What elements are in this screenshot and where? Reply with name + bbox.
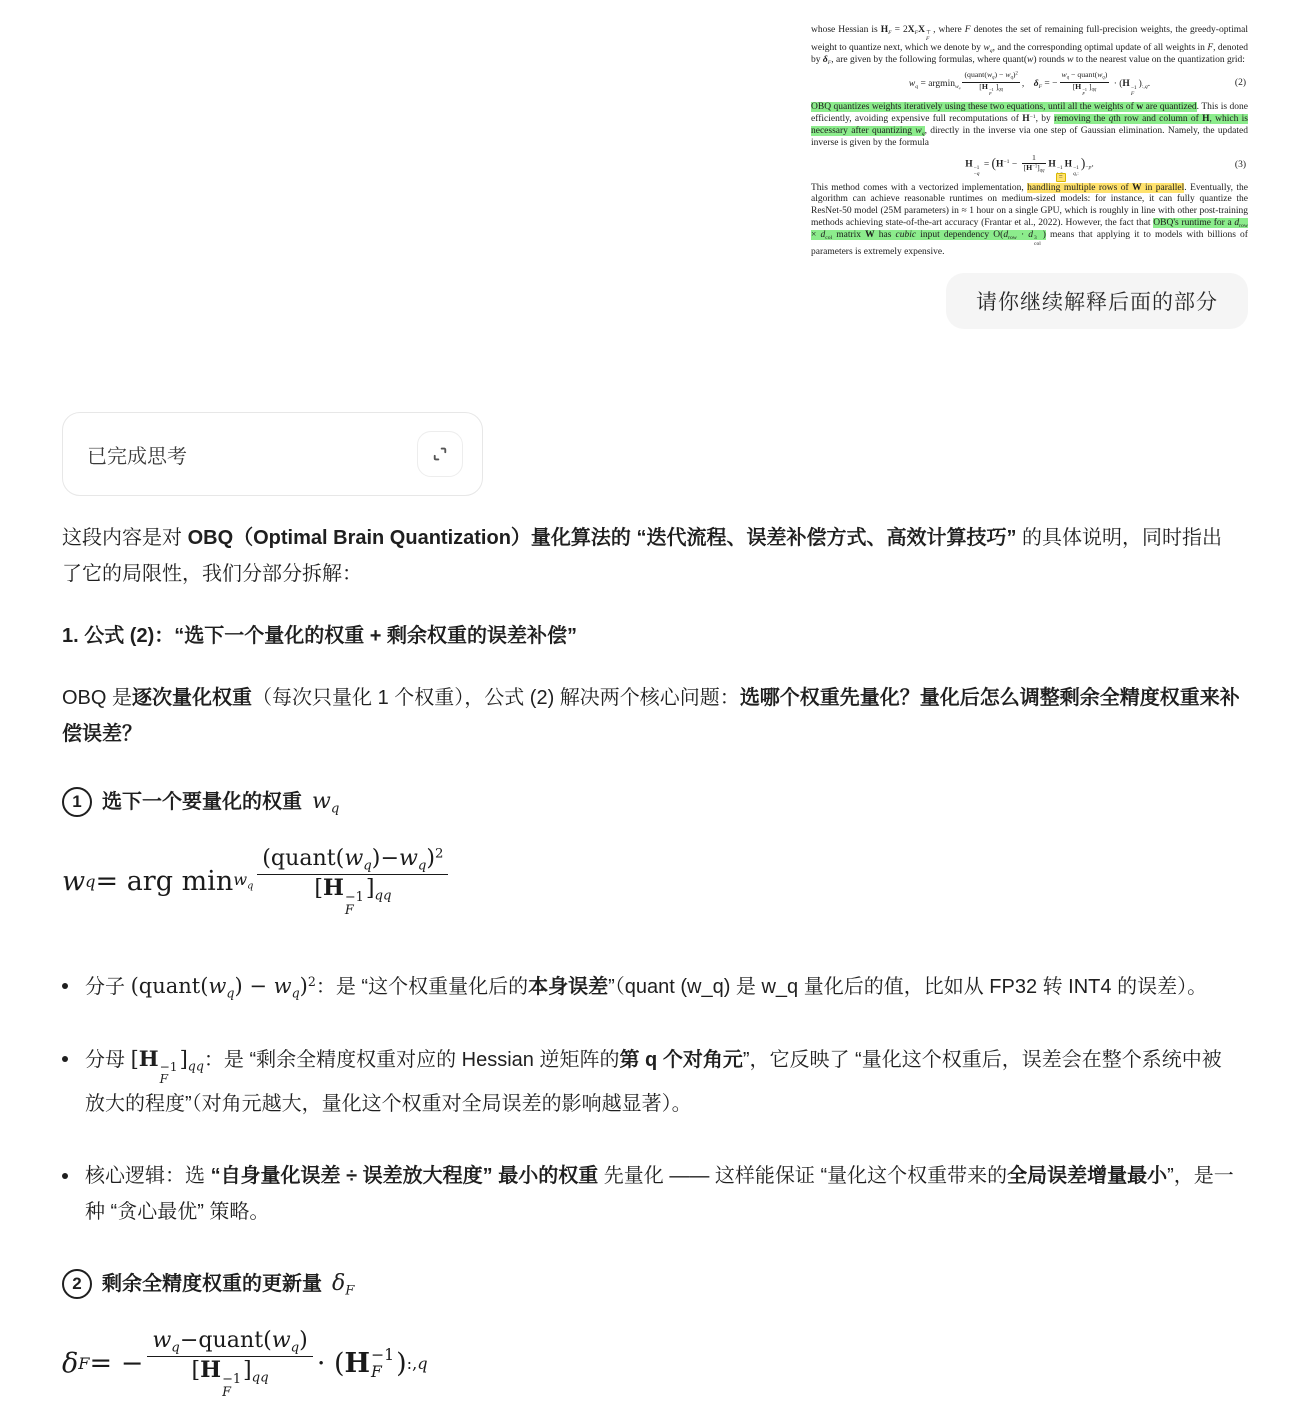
equation-number: (3) bbox=[1235, 160, 1246, 172]
paper-equation-3-body: H−1−q = (H−1 − 1[H−1]qqH−1:,qH−1q,:)−p. bbox=[965, 154, 1094, 177]
paper-paragraph-3: This method comes with a vectorized impl… bbox=[811, 183, 1248, 260]
bullet-list: 分子 (quant(wq) − wq)2：是 “这个权重量化后的本身误差”（qu… bbox=[62, 968, 1240, 1231]
subsection-1-math: wq bbox=[312, 784, 339, 820]
bullet-dot-icon bbox=[62, 1173, 68, 1179]
subsection-heading-1: 1 选下一个要量化的权重 wq bbox=[62, 784, 1240, 820]
paragraph-obq: OBQ 是逐次量化权重（每次只量化 1 个权重），公式 (2) 解决两个核心问题… bbox=[62, 680, 1240, 752]
user-turn: whose Hessian is HF = 2XFX⊤F, where F de… bbox=[0, 0, 1300, 329]
subsection-2-math: δF bbox=[332, 1266, 354, 1302]
user-message-bubble: 请你继续解释后面的部分 bbox=[946, 273, 1248, 329]
bullet-text: 核心逻辑：选 “自身量化误差 ÷ 误差放大程度” 最小的权重 先量化 —— 这样… bbox=[85, 1158, 1240, 1230]
thinking-panel[interactable]: 已完成思考 bbox=[62, 412, 483, 496]
attached-paper-image[interactable]: whose Hessian is HF = 2XFX⊤F, where F de… bbox=[811, 25, 1248, 259]
paper-paragraph-1: whose Hessian is HF = 2XFX⊤F, where F de… bbox=[811, 25, 1248, 66]
intro-paragraph: 这段内容是对 OBQ（Optimal Brain Quantization）量化… bbox=[62, 520, 1240, 592]
list-item: 核心逻辑：选 “自身量化误差 ÷ 误差放大程度” 最小的权重 先量化 —— 这样… bbox=[62, 1158, 1240, 1230]
assistant-message: 这段内容是对 OBQ（Optimal Brain Quantization）量化… bbox=[62, 520, 1240, 1399]
list-item: 分子 (quant(wq) − wq)2：是 “这个权重量化后的本身误差”（qu… bbox=[62, 968, 1240, 1005]
paper-equation-2: wq = argminwq(quant(wq) − wq)2[H−1F]qq, … bbox=[811, 71, 1248, 97]
expand-icon bbox=[429, 443, 451, 465]
circled-number-2-icon: 2 bbox=[62, 1269, 92, 1299]
bullet-text: 分母 [H−1F]qq：是 “剩余全精度权重对应的 Hessian 逆矩阵的第 … bbox=[85, 1041, 1240, 1123]
bullet-dot-icon bbox=[62, 983, 68, 989]
paper-equation-3: H−1−q = (H−1 − 1[H−1]qqH−1:,qH−1q,:)−p. … bbox=[811, 154, 1248, 177]
paper-equation-2-body: wq = argminwq(quant(wq) − wq)2[H−1F]qq, … bbox=[909, 71, 1150, 97]
section-heading-1: 1. 公式 (2)：“选下一个量化的权重 + 剩余权重的误差补偿” bbox=[62, 622, 1240, 650]
user-message-text: 请你继续解释后面的部分 bbox=[976, 291, 1218, 314]
formula-select-weight: wq = arg minwq(quant(wq)−wq)2[H−1F]qq bbox=[62, 846, 1240, 917]
subsection-1-title: 选下一个要量化的权重 bbox=[102, 784, 302, 820]
equation-number: (2) bbox=[1235, 78, 1246, 90]
list-item: 分母 [H−1F]qq：是 “剩余全精度权重对应的 Hessian 逆矩阵的第 … bbox=[62, 1041, 1240, 1123]
subsection-2-title: 剩余全精度权重的更新量 bbox=[102, 1266, 322, 1302]
subsection-heading-2: 2 剩余全精度权重的更新量 δF bbox=[62, 1266, 1240, 1302]
bullet-text: 分子 (quant(wq) − wq)2：是 “这个权重量化后的本身误差”（qu… bbox=[85, 968, 1240, 1005]
bullet-dot-icon bbox=[62, 1056, 68, 1062]
thinking-status-label: 已完成思考 bbox=[87, 440, 187, 469]
yellow-equals-annotation: = bbox=[1056, 173, 1066, 182]
chat-page: whose Hessian is HF = 2XFX⊤F, where F de… bbox=[0, 0, 1300, 1400]
paper-paragraph-2: OBQ quantizes weights iteratively using … bbox=[811, 102, 1248, 149]
circled-number-1-icon: 1 bbox=[62, 787, 92, 817]
expand-button[interactable] bbox=[417, 431, 463, 477]
formula-update-delta: δF = −wq−quant(wq)[H−1F]qq · (H−1F):,q bbox=[62, 1328, 1240, 1399]
assistant-turn: 已完成思考 这段内容是对 OBQ（Optimal Brain Quantizat… bbox=[0, 412, 1300, 1399]
